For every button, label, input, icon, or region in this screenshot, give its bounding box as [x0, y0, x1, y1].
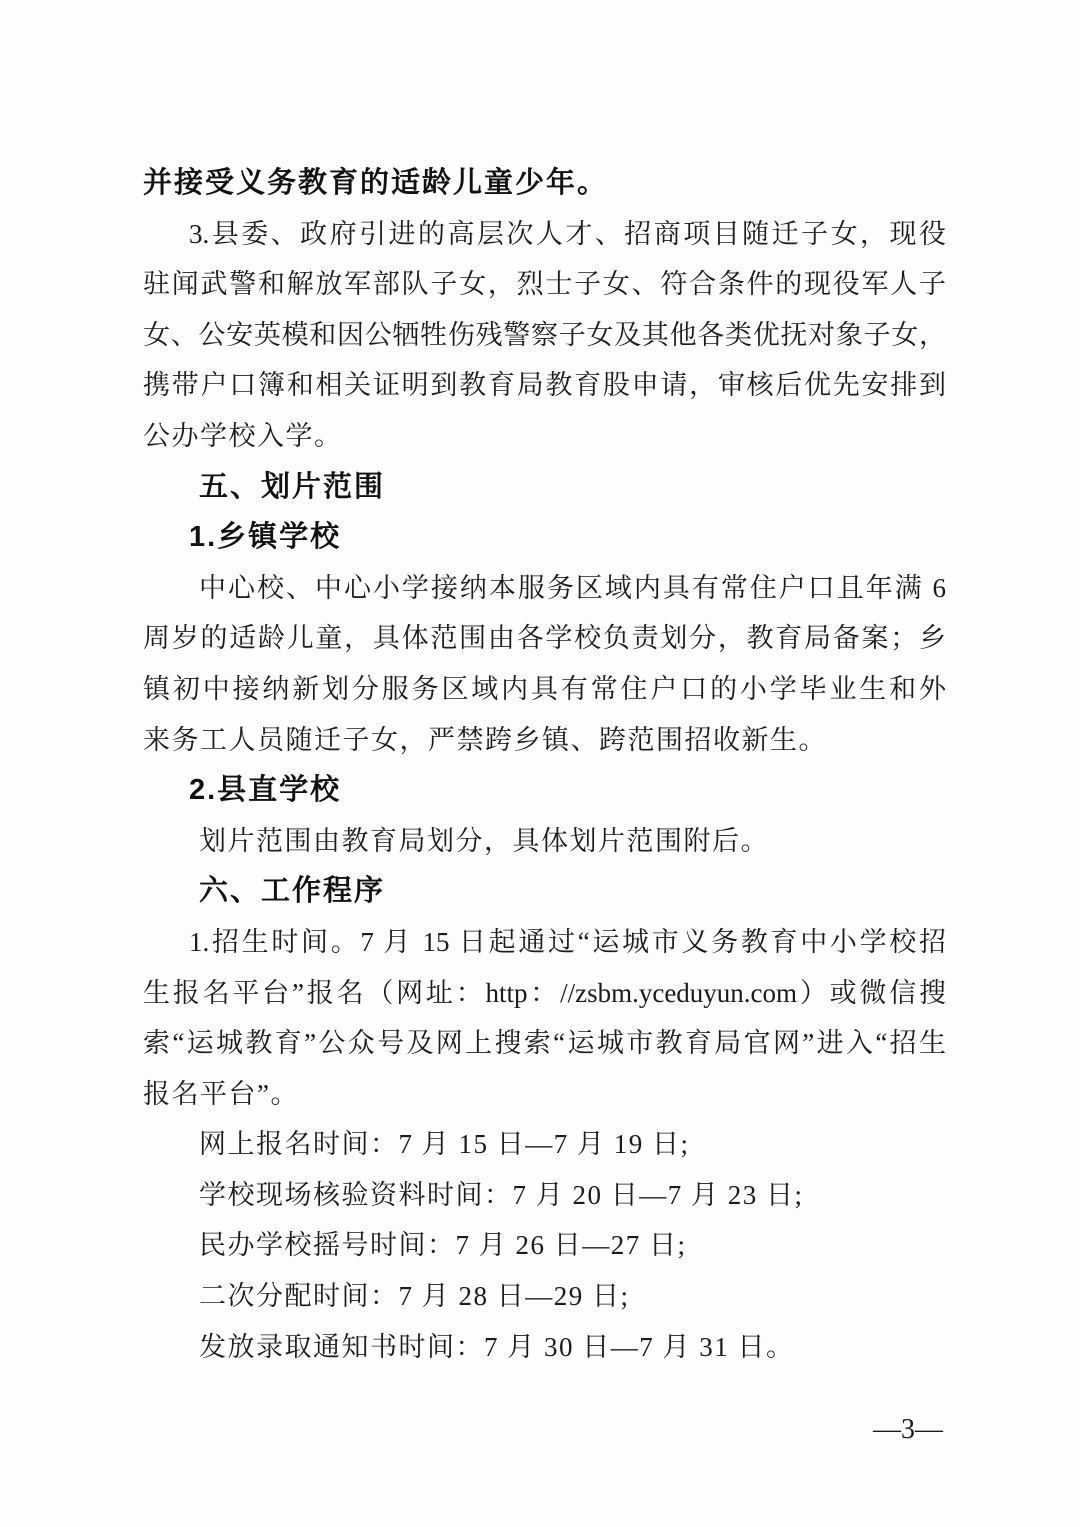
document-page: 并接受义务教育的适龄儿童少年。3.县委、政府引进的高层次人才、招商项目随迁子女，… [0, 0, 1080, 1527]
text-line: 民办学校摇号时间：7 月 26 日—27 日; [143, 1220, 946, 1271]
text-line: 生报名平台”报名（网址：http：//zsbm.yceduyun.com）或微信… [143, 968, 946, 1019]
text-line: 划片范围由教育局划分，具体划片范围附后。 [143, 816, 946, 867]
page-number: —3— [868, 1414, 948, 1446]
document-text-block: 并接受义务教育的适龄儿童少年。3.县委、政府引进的高层次人才、招商项目随迁子女，… [143, 158, 946, 1372]
text-line: 携带户口簿和相关证明到教育局教育股申请，审核后优先安排到 [143, 360, 946, 411]
text-line: 中心校、中心小学接纳本服务区域内具有常住户口且年满 6 [143, 563, 946, 614]
text-line: 周岁的适龄儿童，具体范围由各学校负责划分，教育局备案；乡 [143, 613, 946, 664]
text-line: 女、公安英模和因公牺牲伤残警察子女及其他各类优抚对象子女， [143, 310, 946, 361]
text-line: 1.招生时间。7 月 15 日起通过“运城市义务教育中小学校招 [143, 917, 946, 968]
text-line: 发放录取通知书时间：7 月 30 日—7 月 31 日。 [143, 1322, 946, 1373]
text-line: 报名平台”。 [143, 1069, 946, 1120]
text-line: 二次分配时间：7 月 28 日—29 日; [143, 1271, 946, 1322]
section-heading-line: 2.县直学校 [143, 765, 946, 816]
text-line: 镇初中接纳新划分服务区域内具有常住户口的小学毕业生和外 [143, 664, 946, 715]
section-heading-line: 并接受义务教育的适龄儿童少年。 [143, 158, 946, 209]
text-line: 网上报名时间：7 月 15 日—7 月 19 日; [143, 1119, 946, 1170]
text-line: 公办学校入学。 [143, 411, 946, 462]
text-line: 索“运城教育”公众号及网上搜索“运城市教育局官网”进入“招生 [143, 1018, 946, 1069]
section-heading-line: 六、工作程序 [143, 866, 946, 917]
text-line: 驻闻武警和解放军部队子女，烈士子女、符合条件的现役军人子 [143, 259, 946, 310]
section-heading-line: 1.乡镇学校 [143, 512, 946, 563]
text-line: 3.县委、政府引进的高层次人才、招商项目随迁子女，现役 [143, 209, 946, 260]
text-line: 来务工人员随迁子女，严禁跨乡镇、跨范围招收新生。 [143, 715, 946, 766]
text-line: 学校现场核验资料时间：7 月 20 日—7 月 23 日; [143, 1170, 946, 1221]
section-heading-line: 五、划片范围 [143, 462, 946, 513]
